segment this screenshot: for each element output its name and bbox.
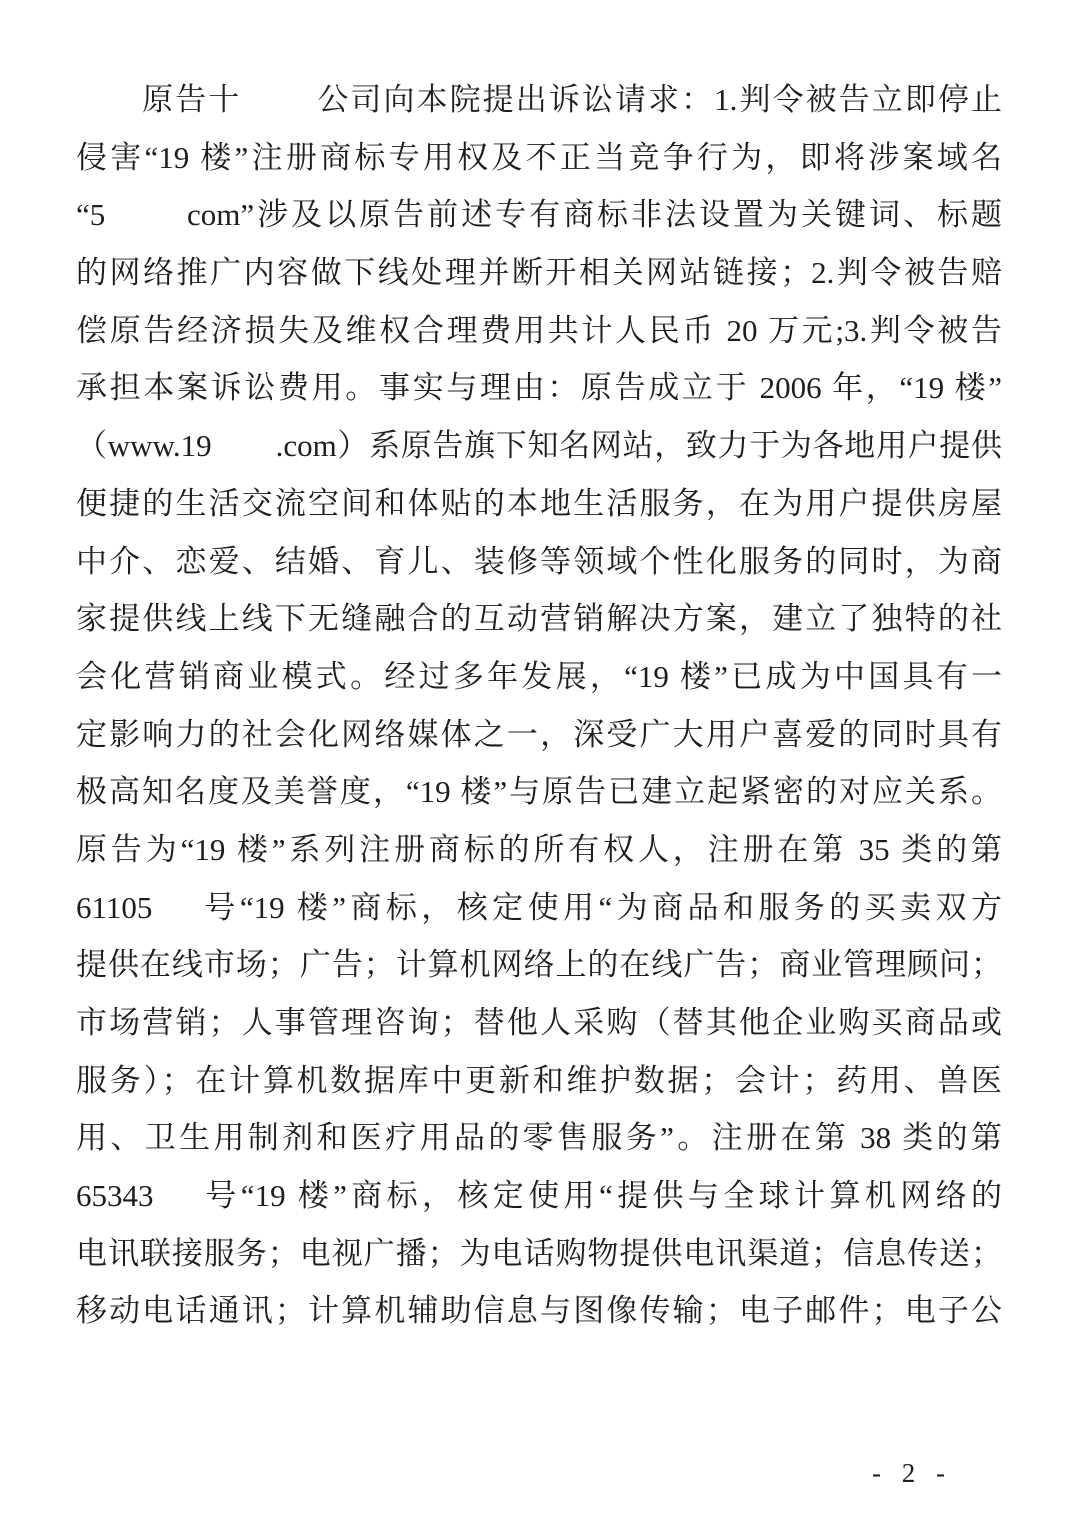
text-line: 承担本案诉讼费用。事实与理由：原告成立于 2006 年，“19 楼” xyxy=(76,359,1002,417)
text-line: 便捷的生活交流空间和体贴的本地生活服务，在为用户提供房屋 xyxy=(76,475,1002,533)
text-line: 用、卫生用制剂和医疗用品的零售服务”。注册在第 38 类的第 xyxy=(76,1109,1002,1167)
text-line: “5 com”涉及以原告前述专有商标非法设置为关键词、标题 xyxy=(76,186,1002,244)
document-page: 原告十 公司向本院提出诉讼请求：1.判令被告立即停止侵害“19 楼”注册商标专用… xyxy=(0,0,1074,1520)
text-line: 极高知名度及美誉度，“19 楼”与原告已建立起紧密的对应关系。 xyxy=(76,763,1002,821)
text-line: 移动电话通讯；计算机辅助信息与图像传输；电子邮件；电子公 xyxy=(76,1282,1002,1340)
text-line: 会化营销商业模式。经过多年发展，“19 楼”已成为中国具有一 xyxy=(76,648,1002,706)
text-line: 市场营销；人事管理咨询；替他人采购（替其他企业购买商品或 xyxy=(76,994,1002,1052)
text-line: 65343 号“19 楼”商标，核定使用“提供与全球计算机网络的 xyxy=(76,1167,1002,1225)
page-number: - 2 - xyxy=(872,1458,952,1489)
text-line: 提供在线市场；广告；计算机网络上的在线广告；商业管理顾问； xyxy=(76,936,1002,994)
text-line: 电讯联接服务；电视广播；为电话购物提供电讯渠道；信息传送； xyxy=(76,1225,1002,1283)
text-line: 的网络推广内容做下线处理并断开相关网站链接；2.判令被告赔 xyxy=(76,244,1002,302)
text-line: 原告十 公司向本院提出诉讼请求：1.判令被告立即停止 xyxy=(76,71,1002,129)
text-line: （www.19 .com）系原告旗下知名网站，致力于为各地用户提供 xyxy=(76,417,1002,475)
text-line: 定影响力的社会化网络媒体之一，深受广大用户喜爱的同时具有 xyxy=(76,706,1002,764)
text-line: 家提供线上线下无缝融合的互动营销解决方案，建立了独特的社 xyxy=(76,590,1002,648)
text-line: 服务）；在计算机数据库中更新和维护数据；会计；药用、兽医 xyxy=(76,1052,1002,1110)
text-line: 原告为“19 楼”系列注册商标的所有权人，注册在第 35 类的第 xyxy=(76,821,1002,879)
body-text: 原告十 公司向本院提出诉讼请求：1.判令被告立即停止侵害“19 楼”注册商标专用… xyxy=(76,71,1002,1340)
text-line: 侵害“19 楼”注册商标专用权及不正当竞争行为，即将涉案域名 xyxy=(76,129,1002,187)
text-line: 61105 号“19 楼”商标，核定使用“为商品和服务的买卖双方 xyxy=(76,879,1002,937)
text-line: 偿原告经济损失及维权合理费用共计人民币 20 万元;3.判令被告 xyxy=(76,302,1002,360)
text-line: 中介、恋爱、结婚、育儿、装修等领域个性化服务的同时，为商 xyxy=(76,533,1002,591)
